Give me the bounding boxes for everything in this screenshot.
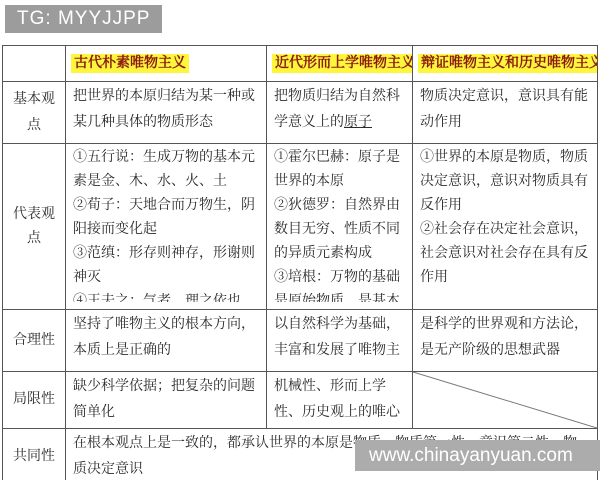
row-label-representative: 代表观点 [3,144,66,310]
cell-text: 缺少科学依据；把复杂的问题简单化 [73,374,259,421]
page: TG: MYYJJPP 古代朴素唯物主义 近代形而上学唯物主义 辩证唯物主义和历… [0,0,600,480]
cell-text: 把物质归结为自然科学意义上的原子 [274,84,405,136]
basic-ancient-cell: 把世界的本原归结为某一种或某几种具体的物质形态 [66,82,267,144]
corner-cell [3,46,66,82]
list-item: ①世界的本原是物质，物质决定意识，意识对物质具有反作用 [420,146,590,218]
modern-basic-prefix: 把物质归结为自然科学意义上的 [274,89,400,130]
row-rationality: 合理性 坚持了唯物主义的根本方向，本质上是正确的 以自然科学为基础，丰富和发展了… [3,310,598,372]
basic-modern-cell: 把物质归结为自然科学意义上的原子 [267,82,413,144]
underlined-term-atom: 原子 [344,115,372,130]
basic-dialectical-cell: 物质决定意识，意识具有能动作用 [413,82,598,144]
materialism-comparison-table: 古代朴素唯物主义 近代形而上学唯物主义 辩证唯物主义和历史唯物主义 基本观点 把… [2,45,598,480]
list-item: ①五行说：生成万物的基本元素是金、木、水、火、土 [73,146,259,194]
row-limitation: 局限性 缺少科学依据；把复杂的问题简单化 机械性、形而上学性、历史观上的唯心主义 [3,372,598,429]
list-item: ②狄德罗：自然界由数目无穷、性质不同的异质元素构成 [274,194,405,266]
list-item: ②社会存在决定社会意识，社会意识对社会存在具有反作用 [420,218,590,290]
cell-text: 把世界的本原归结为某一种或某几种具体的物质形态 [73,84,259,136]
cell-text: 以自然科学为基础，丰富和发展了唯物主义 [274,312,405,364]
list-item: ①霍尔巴赫：原子是世界的本原 [274,146,405,194]
watermark-bar: www.chinayanyuan.com [355,440,600,471]
header-ancient-materialism: 古代朴素唯物主义 [66,46,267,82]
diagonal-line [413,372,597,428]
header-modern-label: 近代形而上学唯物主义 [272,54,413,73]
cell-text: 坚持了唯物主义的根本方向，本质上是正确的 [73,312,259,364]
list-item: ③培根：万物的基础是原始物质，是基本元素 [274,266,405,302]
cell-text: 物质决定意识，意识具有能动作用 [420,84,590,136]
rationality-ancient-cell: 坚持了唯物主义的根本方向，本质上是正确的 [66,310,267,372]
row-label-limitation: 局限性 [3,372,66,429]
list-item: ④王夫之：气者，理之依也 [73,290,259,302]
representative-dialectical-cell: ①世界的本原是物质，物质决定意识，意识对物质具有反作用 ②社会存在决定社会意识，… [413,144,598,310]
header-row: 古代朴素唯物主义 近代形而上学唯物主义 辩证唯物主义和历史唯物主义 [3,46,598,82]
limitation-ancient-cell: 缺少科学依据；把复杂的问题简单化 [66,372,267,429]
representative-ancient-cell: ①五行说：生成万物的基本元素是金、木、水、火、土 ②荀子：天地合而万物生，阴阳接… [66,144,267,310]
cell-text: ①霍尔巴赫：原子是世界的本原 ②狄德罗：自然界由数目无穷、性质不同的异质元素构成… [274,146,405,302]
list-item: ②荀子：天地合而万物生，阴阳接而变化起 [73,194,259,242]
cell-text: ①世界的本原是物质，物质决定意识，意识对物质具有反作用 ②社会存在决定社会意识，… [420,146,590,302]
tg-badge: TG: MYYJJPP [5,5,162,33]
header-ancient-label: 古代朴素唯物主义 [71,54,189,73]
representative-modern-cell: ①霍尔巴赫：原子是世界的本原 ②狄德罗：自然界由数目无穷、性质不同的异质元素构成… [267,144,413,310]
header-dialectical-materialism: 辩证唯物主义和历史唯物主义 [413,46,598,82]
cell-text: ①五行说：生成万物的基本元素是金、木、水、火、土 ②荀子：天地合而万物生，阴阳接… [73,146,259,302]
cell-text: 是科学的世界观和方法论，是无产阶级的思想武器 [420,312,590,364]
row-label-commonality: 共同性 [3,429,66,480]
rationality-dialectical-cell: 是科学的世界观和方法论，是无产阶级的思想武器 [413,310,598,372]
list-item: ③范缜：形存则神存，形谢则神灭 [73,242,259,290]
header-modern-materialism: 近代形而上学唯物主义 [267,46,413,82]
cell-text: 机械性、形而上学性、历史观上的唯心主义 [274,374,405,421]
row-representative-viewpoint: 代表观点 ①五行说：生成万物的基本元素是金、木、水、火、土 ②荀子：天地合而万物… [3,144,598,310]
row-label-rationality: 合理性 [3,310,66,372]
rationality-modern-cell: 以自然科学为基础，丰富和发展了唯物主义 [267,310,413,372]
header-dialectical-label: 辩证唯物主义和历史唯物主义 [418,54,598,73]
row-label-basic: 基本观点 [3,82,66,144]
empty-cell-diagonal [413,372,598,429]
limitation-modern-cell: 机械性、形而上学性、历史观上的唯心主义 [267,372,413,429]
row-basic-viewpoint: 基本观点 把世界的本原归结为某一种或某几种具体的物质形态 把物质归结为自然科学意… [3,82,598,144]
